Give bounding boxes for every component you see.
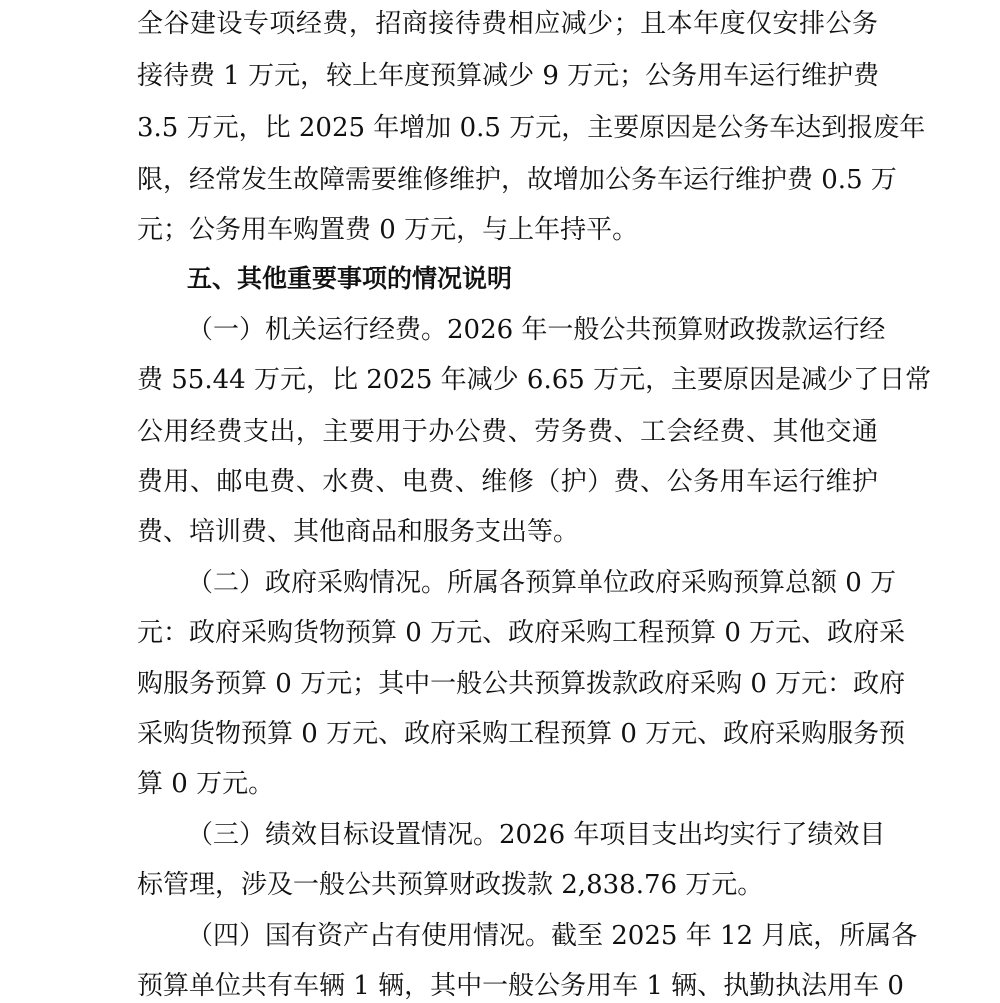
text-line: 费用、邮电费、水费、电费、维修（护）费、公务用车运行维护 xyxy=(137,462,878,502)
text-line: 费、培训费、其他商品和服务支出等。 xyxy=(137,512,878,552)
text-line: 预算单位共有车辆 1 辆，其中一般公务用车 1 辆、执勤执法用车 0 xyxy=(137,966,878,1003)
text-line: 全谷建设专项经费，招商接待费相应减少；且本年度仅安排公务 xyxy=(137,4,878,44)
text-line: 标管理，涉及一般公共预算财政拨款 2,838.76 万元。 xyxy=(137,865,878,905)
text-line: （四）国有资产占有使用情况。截至 2025 年 12 月底，所属各 xyxy=(187,916,878,956)
text-line: 采购货物预算 0 万元、政府采购工程预算 0 万元、政府采购服务预 xyxy=(137,714,878,754)
text-line: 限，经常发生故障需要维修维护，故增加公务车运行维护费 0.5 万 xyxy=(137,160,878,200)
text-line: 购服务预算 0 万元；其中一般公共预算拨款政府采购 0 万元：政府 xyxy=(137,664,878,704)
text-line: 算 0 万元。 xyxy=(137,764,878,804)
section-heading: 五、其他重要事项的情况说明 xyxy=(187,259,512,299)
text-line: 公用经费支出，主要用于办公费、劳务费、工会经费、其他交通 xyxy=(137,412,878,452)
document-page: 全谷建设专项经费，招商接待费相应减少；且本年度仅安排公务 接待费 1 万元，较上… xyxy=(0,0,1000,1003)
text-line: 元：政府采购货物预算 0 万元、政府采购工程预算 0 万元、政府采 xyxy=(137,613,878,653)
text-line: （一）机关运行经费。2026 年一般公共预算财政拨款运行经 xyxy=(187,310,878,350)
text-line: 3.5 万元，比 2025 年增加 0.5 万元，主要原因是公务车达到报废年 xyxy=(137,108,878,148)
text-line: 接待费 1 万元，较上年度预算减少 9 万元；公务用车运行维护费 xyxy=(137,56,878,96)
text-line: （三）绩效目标设置情况。2026 年项目支出均实行了绩效目 xyxy=(187,815,878,855)
text-line: 元；公务用车购置费 0 万元，与上年持平。 xyxy=(137,210,878,250)
text-line: 费 55.44 万元，比 2025 年减少 6.65 万元，主要原因是减少了日常 xyxy=(137,360,878,400)
text-line: （二）政府采购情况。所属各预算单位政府采购预算总额 0 万 xyxy=(187,563,878,603)
